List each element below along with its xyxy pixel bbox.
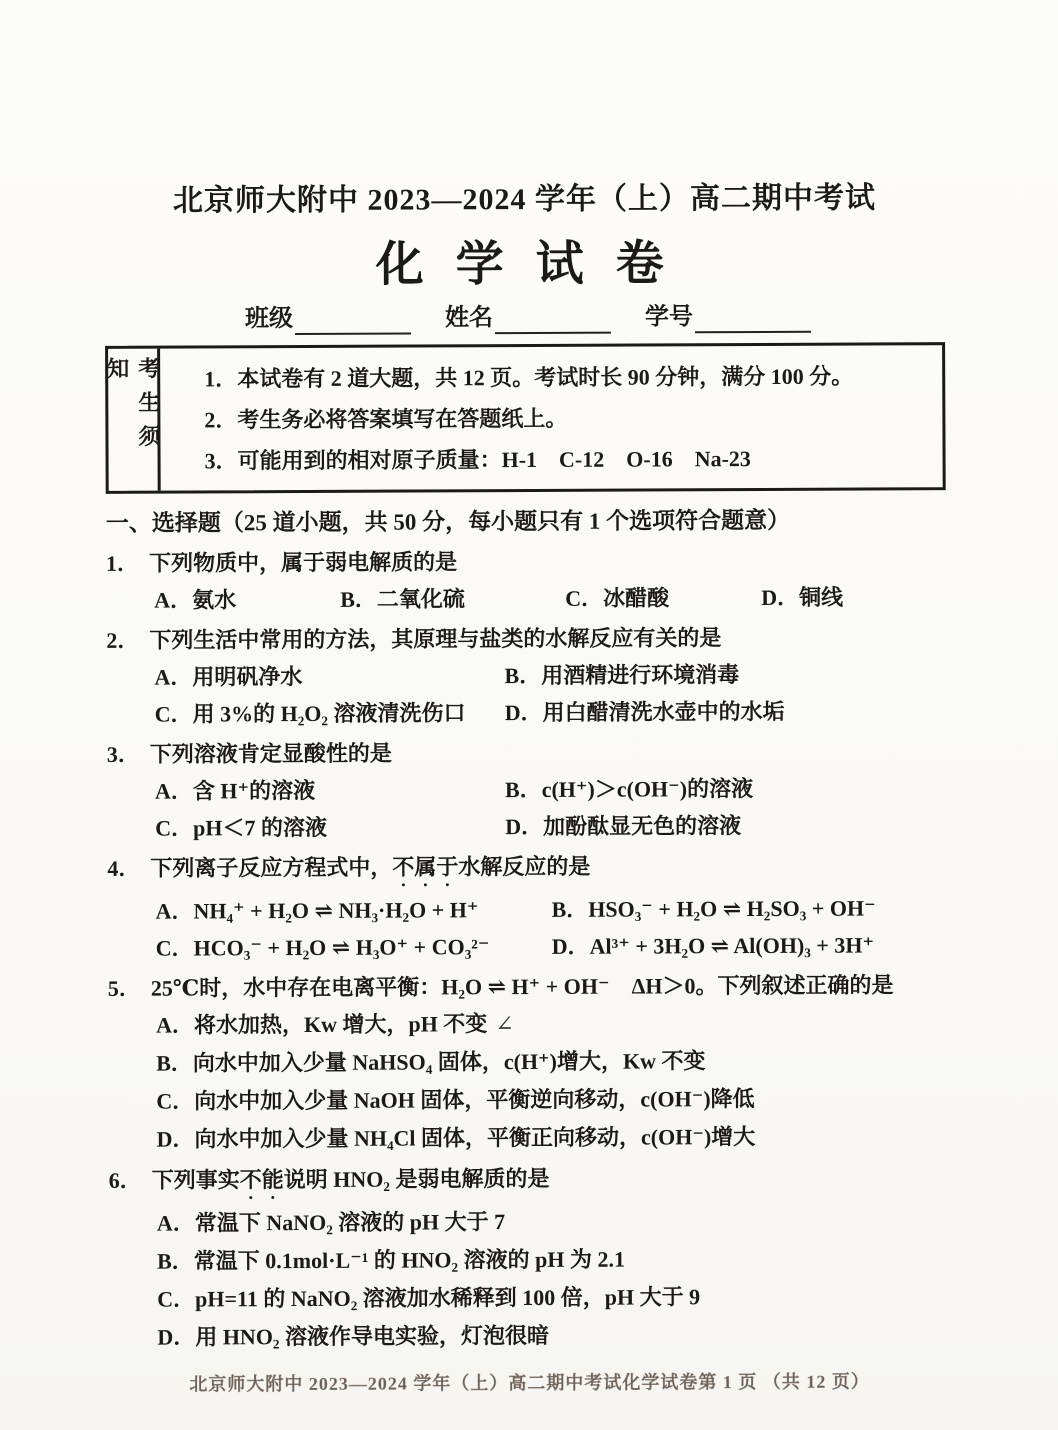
option-c: C．向水中加入少量 NaOH 固体，平衡逆向移动，c(OH⁻)降低 (156, 1086, 754, 1114)
notice-item-1: 1．本试卷有 2 道大题，共 12 页。考试时长 90 分钟，满分 100 分。 (204, 361, 934, 394)
student-id-label: 学号 (645, 304, 693, 330)
question-4-stem-row: 4．下列离子反应方程式中，不属于水解反应的是 (107, 846, 947, 893)
question-4-options: A．NH₄⁺ + H₂O ⇌ NH₃·H₂O + H⁺ B．HSO₃⁻ + H₂… (107, 889, 947, 967)
option-b-row: B．常温下 0.1mol·L⁻¹ 的 HNO₂ 溶液的 pH 为 2.1 (157, 1239, 949, 1280)
notice-item-3: 3．可能用到的相对原子质量：H-1 C-12 O-16 Na-23 (205, 444, 935, 477)
option-d: D．Al³⁺ + 3H₂O ⇌ Al(OH)₃ + 3H⁺ (552, 926, 948, 965)
question-number: 1． (106, 551, 139, 576)
question-5-options: A．将水加热，Kw 增大，pH 不变∠ B．向水中加入少量 NaHSO₄ 固体，… (108, 1003, 949, 1159)
option-c: C．pH=11 的 NaNO₂ 溶液加水稀释到 100 倍，pH 大于 9 (157, 1284, 700, 1311)
option-c: C．pH＜7 的溶液 (155, 808, 505, 847)
question-4: 4．下列离子反应方程式中，不属于水解反应的是 A．NH₄⁺ + H₂O ⇌ NH… (107, 846, 948, 967)
question-stem-post: 水解反应的是 (458, 854, 590, 880)
question-3: 3．下列溶液肯定显酸性的是 A．含 H⁺的溶液 B．c(H⁺)＞c(OH⁻)的溶… (107, 732, 947, 847)
question-2-stem-row: 2．下列生活中常用的方法，其原理与盐类的水解反应有关的是 (106, 618, 946, 659)
option-d: D．用 HNO₂ 溶液作导电实验，灯泡很暗 (157, 1323, 549, 1350)
question-stem: 下列溶液肯定显酸性的是 (150, 741, 392, 767)
option-c-row: C．pH=11 的 NaNO₂ 溶液加水稀释到 100 倍，pH 大于 9 (157, 1277, 949, 1318)
question-5-stem-row: 5．25℃时，水中存在电离平衡：H₂O ⇌ H⁺ + OH⁻ ΔH＞0。下列叙述… (108, 966, 948, 1007)
option-a: A．含 H⁺的溶液 (155, 771, 505, 810)
option-c-row: C．向水中加入少量 NaOH 固体，平衡逆向移动，c(OH⁻)降低 (156, 1079, 948, 1120)
question-1-stem-row: 1．下列物质中，属于弱电解质的是 (106, 541, 946, 582)
question-6: 6．下列事实不能说明 HNO₂ 是弱电解质的是 A．常温下 NaNO₂ 溶液的 … (109, 1158, 950, 1357)
question-stem: 下列事实不能说明 HNO₂ 是弱电解质的是 (152, 1166, 550, 1193)
option-b-row: B．向水中加入少量 NaHSO₄ 固体，c(H⁺)增大，Kw 不变 (156, 1041, 948, 1082)
question-number: 3． (107, 742, 140, 767)
question-stem-pre: 下列离子反应方程式中， (150, 855, 392, 881)
option-b: B．HSO₃⁻ + H₂O ⇌ H₂SO₃ + OH⁻ (551, 889, 947, 928)
student-info-row: 班级 姓名 学号 (245, 300, 945, 335)
option-a-row: A．常温下 NaNO₂ 溶液的 pH 大于 7 (157, 1201, 949, 1242)
option-b: B．用酒精进行环境消毒 (504, 655, 946, 694)
question-5: 5．25℃时，水中存在电离平衡：H₂O ⇌ H⁺ + OH⁻ ΔH＞0。下列叙述… (108, 966, 949, 1159)
section-heading: 一、选择题（25 道小题，共 50 分，每小题只有 1 个选项符合题意） (106, 502, 946, 542)
question-1-options: A．氨水 B．二氧化硫 C．冰醋酸 D．铜线 (106, 578, 946, 619)
question-6-stem-row: 6．下列事实不能说明 HNO₂ 是弱电解质的是 (109, 1158, 949, 1205)
class-field: 班级 (245, 303, 411, 336)
question-stem-pre: 下列事实 (152, 1167, 240, 1192)
question-2: 2．下列生活中常用的方法，其原理与盐类的水解反应有关的是 A．用明矾净水 B．用… (106, 618, 946, 733)
option-b: B．二氧化硫 (340, 580, 565, 618)
notice-side-label: 考生须知 (108, 349, 161, 491)
page-title: 化 学 试 卷 (105, 234, 945, 296)
option-d: D．铜线 (761, 579, 843, 616)
exam-header-line: 北京师大附中 2023—2024 学年（上）高二期中考试 (104, 180, 944, 220)
question-stem-post: 说明 HNO₂ 是弱电解质的是 (284, 1166, 550, 1192)
question-stem: 25℃时，水中存在电离平衡：H₂O ⇌ H⁺ + OH⁻ ΔH＞0。下列叙述正确… (151, 972, 894, 1000)
question-number: 2． (106, 628, 139, 653)
option-a-row: A．将水加热，Kw 增大，pH 不变∠ (156, 1003, 948, 1044)
option-d-row: D．用 HNO₂ 溶液作导电实验，灯泡很暗 (157, 1315, 949, 1356)
option-b: B．c(H⁺)＞c(OH⁻)的溶液 (505, 769, 947, 808)
question-1: 1．下列物质中，属于弱电解质的是 A．氨水 B．二氧化硫 C．冰醋酸 D．铜线 (106, 541, 946, 619)
question-2-options: A．用明矾净水 B．用酒精进行环境消毒 C．用 3%的 H₂O₂ 溶液清洗伤口 … (106, 655, 946, 733)
option-a: A．常温下 NaNO₂ 溶液的 pH 大于 7 (157, 1209, 505, 1236)
option-d: D．向水中加入少量 NH₄Cl 固体，平衡正向移动，c(OH⁻)增大 (156, 1124, 755, 1152)
exam-paper-content: 北京师大附中 2023—2024 学年（上）高二期中考试 化 学 试 卷 班级 … (0, 0, 1058, 1397)
class-blank-line (295, 309, 411, 336)
question-3-stem-row: 3．下列溶液肯定显酸性的是 (107, 732, 947, 773)
option-a: A．用明矾净水 (154, 657, 504, 696)
question-stem-emphasis: 不能 (240, 1167, 284, 1192)
name-label: 姓名 (445, 305, 493, 331)
question-stem: 下列生活中常用的方法，其原理与盐类的水解反应有关的是 (149, 625, 721, 652)
class-label: 班级 (245, 306, 293, 332)
page-footer: 北京师大附中 2023—2024 学年（上）高二期中考试化学试卷第 1 页 （共… (110, 1369, 950, 1397)
name-field: 姓名 (445, 302, 611, 335)
option-d: D．用白醋清洗水壶中的水垢 (505, 692, 947, 731)
notice-item-list: 1．本试卷有 2 道大题，共 12 页。考试时长 90 分钟，满分 100 分。… (160, 345, 943, 490)
name-blank-line (495, 308, 611, 335)
question-number: 6． (109, 1168, 142, 1193)
option-a: A．NH₄⁺ + H₂O ⇌ NH₃·H₂O + H⁺ (155, 891, 551, 930)
question-stem: 下列离子反应方程式中，不属于水解反应的是 (150, 854, 590, 881)
exam-paper-page: 北京师大附中 2023—2024 学年（上）高二期中考试 化 学 试 卷 班级 … (0, 0, 1058, 1430)
option-a: A．氨水 (154, 581, 340, 619)
option-b: B．常温下 0.1mol·L⁻¹ 的 HNO₂ 溶液的 pH 为 2.1 (157, 1247, 625, 1274)
option-d-row: D．向水中加入少量 NH₄Cl 固体，平衡正向移动，c(OH⁻)增大 (156, 1117, 948, 1158)
question-3-options: A．含 H⁺的溶液 B．c(H⁺)＞c(OH⁻)的溶液 C．pH＜7 的溶液 D… (107, 769, 947, 847)
question-stem: 下列物质中，属于弱电解质的是 (149, 549, 457, 575)
handwritten-pen-mark: ∠ (495, 1011, 514, 1036)
option-b: B．向水中加入少量 NaHSO₄ 固体，c(H⁺)增大，Kw 不变 (156, 1048, 705, 1075)
question-number: 5． (108, 976, 141, 1001)
notice-box: 考生须知 1．本试卷有 2 道大题，共 12 页。考试时长 90 分钟，满分 1… (105, 342, 946, 494)
option-d: D．加酚酞显无色的溶液 (505, 806, 947, 845)
option-c: C．冰醋酸 (565, 579, 761, 617)
question-number: 4． (107, 856, 140, 881)
option-c: C．HCO₃⁻ + H₂O ⇌ H₃O⁺ + CO₃²⁻ (156, 928, 552, 967)
option-c: C．用 3%的 H₂O₂ 溶液清洗伤口 (155, 694, 505, 733)
question-stem-emphasis: 不属于 (392, 854, 458, 879)
question-6-options: A．常温下 NaNO₂ 溶液的 pH 大于 7 B．常温下 0.1mol·L⁻¹… (109, 1201, 950, 1357)
student-id-blank-line (695, 307, 811, 334)
option-a: A．将水加热，Kw 增大，pH 不变 (156, 1011, 487, 1037)
notice-item-2: 2．考生务必将答案填写在答题纸上。 (204, 402, 934, 435)
student-id-field: 学号 (645, 301, 811, 334)
